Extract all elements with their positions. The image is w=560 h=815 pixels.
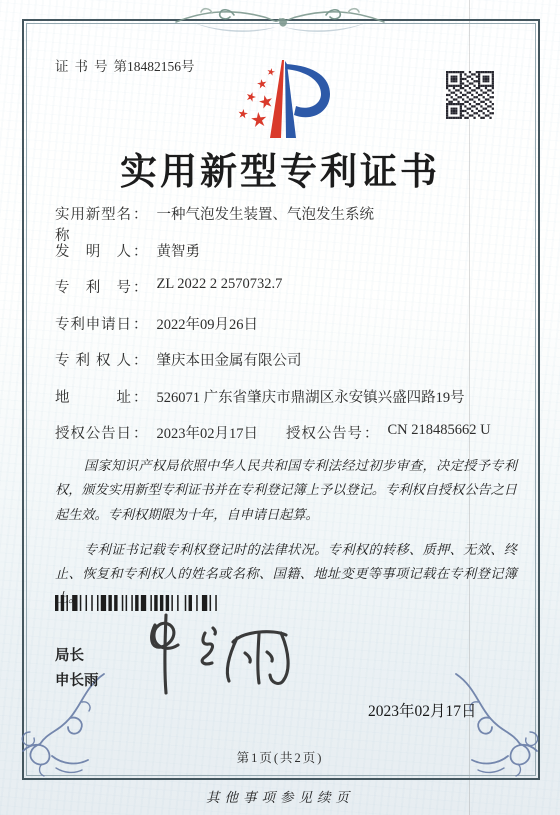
field-row-grant: 授权公告日：2023年02月17日 授权公告号：CN 218485662 U: [55, 422, 517, 444]
patent-certificate-scan: 证书号第18482156号 实用新型专利证书 实用新型名称：一种气泡发生装: [0, 0, 560, 815]
field-label: 专利号: [55, 276, 131, 297]
grant-number-pair: 授权公告号：CN 218485662 U: [286, 422, 491, 443]
cnipa-logo-icon: [224, 56, 340, 144]
colon: ：: [133, 240, 148, 261]
field-label: 授权公告日: [55, 422, 131, 443]
field-value: 黄智勇: [157, 240, 201, 261]
certificate-number: 证书号第18482156号: [55, 55, 195, 75]
logo-p-mark: [270, 60, 330, 138]
field-row-filing-date: 专利申请日：2022年09月26日: [55, 313, 517, 335]
field-row-name: 实用新型名称：一种气泡发生装置、气泡发生系统: [55, 203, 517, 225]
field-value: ZL 2022 2 2570732.7: [157, 276, 283, 293]
page-number: 第1页(共2页): [0, 748, 560, 766]
field-list: 实用新型名称：一种气泡发生装置、气泡发生系统 发明人：黄智勇 专利号：ZL 20…: [55, 203, 517, 459]
field-label: 专利申请日: [55, 313, 131, 334]
certificate-title: 实用新型专利证书: [0, 141, 560, 195]
colon: ：: [133, 422, 148, 443]
handwritten-signature-icon: [133, 611, 308, 699]
colon: ：: [364, 422, 379, 443]
colon: ：: [133, 276, 148, 297]
issue-date: 2023年02月17日: [368, 699, 477, 721]
field-value: CN 218485662 U: [388, 422, 491, 443]
top-border-ornament-icon: [172, 5, 388, 39]
field-row-inventor: 发明人：黄智勇: [55, 240, 517, 262]
field-value: 2022年09月26日: [157, 313, 259, 334]
field-label: 授权公告号: [286, 422, 362, 443]
grant-date-pair: 授权公告日：2023年02月17日: [55, 422, 258, 443]
field-label: 地址: [55, 386, 131, 407]
field-value: 肇庆本田金属有限公司: [157, 349, 302, 370]
field-label: 发明人: [55, 240, 131, 261]
field-value: 2023年02月17日: [157, 422, 259, 443]
field-value: 一种气泡发生装置、气泡发生系统: [157, 203, 375, 224]
certificate-number-value: 第18482156号: [114, 59, 195, 74]
field-label: 专利权人: [55, 349, 131, 370]
colon: ：: [133, 313, 148, 334]
field-row-patent-number: 专利号：ZL 2022 2 2570732.7: [55, 276, 517, 298]
colon: ：: [133, 203, 148, 224]
field-row-address: 地址：526071 广东省肇庆市鼎湖区永安镇兴盛四路19号: [55, 386, 517, 408]
certificate-number-label: 证书号: [55, 59, 114, 74]
field-row-patentee: 专利权人：肇庆本田金属有限公司: [55, 349, 517, 371]
field-value: 526071 广东省肇庆市鼎湖区永安镇兴盛四路19号: [157, 386, 465, 407]
colon: ：: [133, 386, 148, 407]
qr-code-icon: [446, 71, 494, 119]
colon: ：: [133, 349, 148, 370]
signer-title: 局长: [55, 644, 84, 665]
continuation-note: 其他事项参见续页: [0, 786, 560, 806]
legal-paragraph-1: 国家知识产权局依照中华人民共和国专利法经过初步审查，决定授予专利权，颁发实用新型…: [55, 454, 517, 527]
logo-stars: [238, 67, 276, 127]
signer-name: 申长雨: [55, 669, 99, 690]
barcode-icon: [55, 595, 221, 611]
